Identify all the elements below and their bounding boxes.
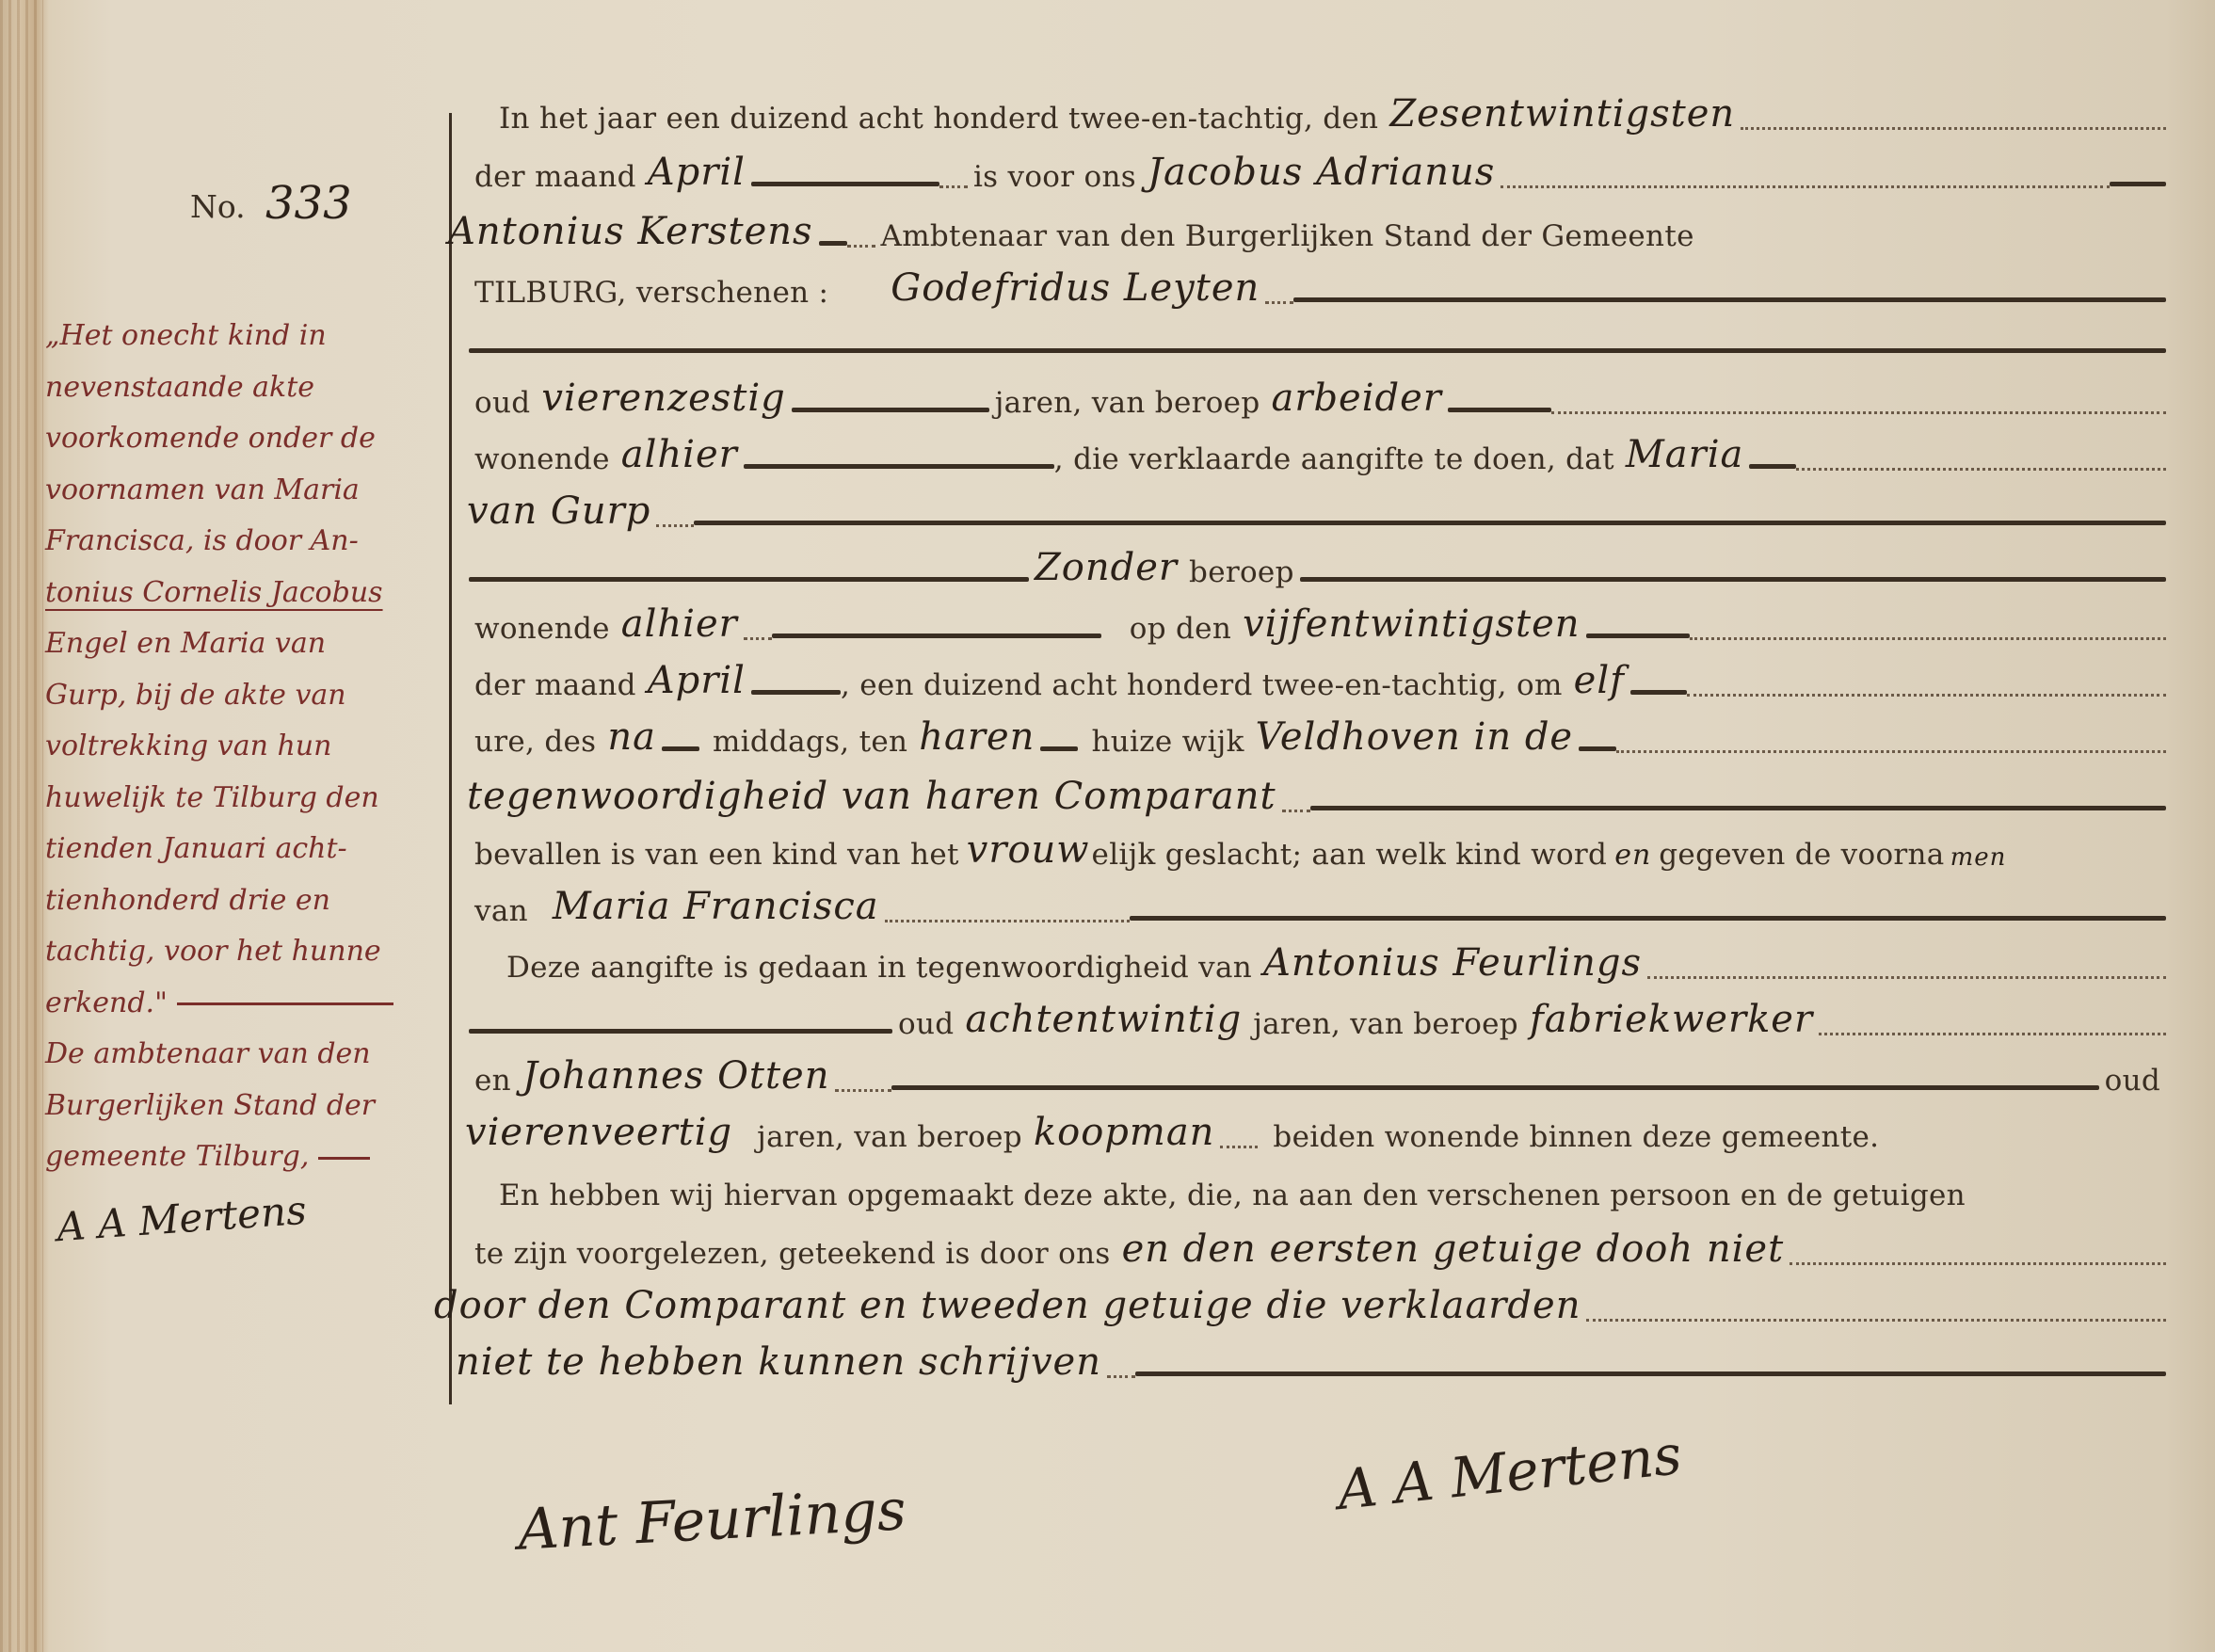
fill-line [1220,1146,1258,1148]
margin-line: tonius Cornelis Jacobus [45,568,441,619]
margin-line: voorkomende onder de [45,413,441,465]
handwritten-house: haren [913,715,1040,759]
printed-text: der maand [469,160,642,194]
handwritten-mother-occupation: Zonder [1029,546,1183,589]
printed-text: oud [469,386,536,420]
printed-text: huize wijk [1078,725,1249,759]
filler-dash [1300,577,2166,582]
act-line-23: niet te hebben kunnen schrijven [450,1342,2166,1384]
printed-text: beiden wonende binnen deze gemeente. [1258,1120,1885,1154]
act-line-14: bevallen is van een kind van het vrouw e… [469,830,2166,872]
fill-line [847,245,875,248]
margin-line: tienden Januari acht- [45,824,441,875]
margin-line-text: gemeente Tilburg, [45,1140,309,1173]
handwritten-suffix: en [1613,839,1653,872]
handwritten-noon: na [602,715,662,759]
filler-dash [1579,746,1616,751]
act-line-11: der maand April , een duizend acht honde… [469,661,2166,702]
filler-dash [772,634,1101,638]
filler-dash [469,1029,892,1034]
act-line-4: TILBURG, verschenen : Godefridus Leyten [469,268,2166,310]
filler-dash [1293,297,2166,302]
printed-text: der maand [469,668,642,702]
fill-line [1819,1033,2166,1035]
handwritten-sex: vrouw [965,828,1092,872]
act-line-7: wonende alhier , die verklaarde aangifte… [469,435,2166,476]
printed-text: Deze aangifte is gedaan in tegenwoordigh… [469,951,1258,985]
act-line-2: der maand April is voor ons Jacobus Adri… [469,152,2166,194]
filler-dash [662,746,699,751]
filler-dash [469,577,1029,582]
act-line-1: In het jaar een duizend acht honderd twe… [469,94,2166,136]
act-line-6: oud vierenzestig jaren, van beroep arbei… [469,378,2166,420]
printed-text: , een duizend acht honderd twee-en-tacht… [841,668,1568,702]
margin-line: gemeente Tilburg, [45,1131,441,1183]
fill-line [939,185,968,188]
handwritten-age: vierenzestig [536,377,791,420]
fill-line [1796,468,2166,471]
filler-dash [1310,806,2166,810]
record-number: 333 [265,177,352,230]
book-binding [0,0,43,1652]
filler-dash [751,182,939,186]
filler-dash [2110,182,2166,186]
filler-dash [1040,746,1078,751]
handwritten-month: April [642,151,751,194]
act-line-21: te zijn voorgelezen, geteekend is door o… [469,1229,2166,1271]
filler-dash [469,348,2166,353]
printed-text: elijk geslacht; aan welk kind word [1092,838,1613,872]
printed-text: Ambtenaar van den Burgerlijken Stand der… [875,219,1700,253]
handwritten-official-name: Jacobus Adrianus [1142,151,1501,194]
printed-text: oud [892,1007,959,1041]
handwritten-text: niet te hebben kunnen schrijven [450,1340,1107,1384]
margin-rule [177,1002,393,1005]
act-line-19: vierenveertig jaren, van beroep koopman … [459,1113,2166,1154]
act-line-16: Deze aangifte is gedaan in tegenwoordigh… [469,943,2166,985]
margin-line: tachtig, voor het hunne [45,926,441,978]
handwritten-text: en den eersten getuige dooh niet [1116,1227,1790,1271]
fill-line [1616,750,2166,753]
act-line-22: door den Comparant en tweeden getuige di… [428,1286,2166,1327]
margin-rule [318,1157,370,1160]
printed-text: In het jaar een duizend acht honderd twe… [469,102,1384,136]
margin-line-text: erkend." [45,986,168,1019]
filler-dash [1586,634,1690,638]
margin-line: Francisca, is door An- [45,516,441,568]
margin-line: De ambtenaar van den [45,1029,441,1081]
handwritten-declarant: Godefridus Leyten [834,266,1265,310]
filler-dash [1135,1371,2166,1376]
handwritten-suffix: men [1950,843,2007,872]
margin-signature: A A Mertens [56,1187,308,1250]
printed-text: jaren, van beroep [1247,1007,1524,1041]
fill-line [1551,411,2166,414]
fill-line [1690,637,2167,640]
printed-text: jaren, van beroep [989,386,1266,420]
handwritten-residence: alhier [616,433,744,476]
act-line-9: Zonder beroep [469,548,2166,589]
margin-line: voornamen van Maria [45,465,441,517]
fill-line [1265,301,1293,304]
handwritten-mother-surname: van Gurp [461,489,656,533]
handwritten-witness-2-age: vierenveertig [459,1111,738,1154]
handwritten-text: door den Comparant en tweeden getuige di… [428,1284,1586,1327]
printed-text: jaren, van beroep [738,1120,1028,1154]
fill-line [1282,810,1310,812]
register-page: No. 333 „Het onecht kind in nevenstaande… [0,0,2215,1652]
handwritten-birth-hour: elf [1568,659,1630,702]
act-line-20: En hebben wij hiervan opgemaakt deze akt… [469,1171,2166,1212]
printed-text: TILBURG, verschenen : [469,276,834,310]
margin-line: „Het onecht kind in [45,311,441,362]
handwritten-residence: alhier [616,602,744,646]
official-signature: A A Mertens [1334,1422,1684,1522]
handwritten-text: tegenwoordigheid van haren Comparant [461,775,1282,818]
printed-text: wonende [469,442,616,476]
fill-line [1586,1319,2166,1322]
handwritten-witness-1: Antonius Feurlings [1258,941,1647,985]
handwritten-witness-2: Johannes Otten [517,1054,836,1098]
record-number-label: No. [190,188,246,225]
filler-dash [694,521,2166,525]
fill-line [1687,694,2166,697]
handwritten-mother-name: Maria [1620,433,1750,476]
margin-line: erkend." [45,978,441,1030]
handwritten-day: Zesentwintigsten [1384,92,1741,136]
handwritten-district: Veldhoven in de [1250,715,1579,759]
printed-text: te zijn voorgelezen, geteekend is door o… [469,1237,1116,1271]
fill-line [1107,1375,1135,1378]
handwritten-official-name: Antonius Kerstens [442,210,819,253]
printed-text: oud [2099,1064,2166,1098]
printed-text: middags, ten [699,725,913,759]
handwritten-birth-month: April [642,659,751,702]
margin-annotation: „Het onecht kind in nevenstaande akte vo… [45,311,441,1183]
fill-line [1647,976,2166,979]
margin-line: Engel en Maria van [45,618,441,670]
fill-line [885,920,1130,922]
printed-text: wonende [469,612,616,646]
fill-line [1741,127,2166,130]
fill-line [1501,185,2110,188]
printed-text: op den [1101,612,1237,646]
margin-line: huwelijk te Tilburg den [45,773,441,825]
margin-line: Burgerlijken Stand der [45,1081,441,1132]
act-line-5 [469,315,2166,357]
act-line-18: en Johannes Otten oud [469,1056,2166,1098]
handwritten-birth-day: vijfentwintigsten [1237,602,1585,646]
act-line-17: oud achtentwintig jaren, van beroep fabr… [469,1000,2166,1041]
fill-line [656,524,694,527]
filler-dash [751,690,841,695]
act-line-3: Antonius Kerstens Ambtenaar van den Burg… [442,212,2166,253]
printed-text: En hebben wij hiervan opgemaakt deze akt… [469,1179,1971,1212]
printed-text: en [469,1064,517,1098]
fill-line [835,1089,891,1092]
fill-line [744,637,772,640]
filler-dash [1749,464,1796,469]
act-line-13: tegenwoordigheid van haren Comparant [461,777,2166,818]
handwritten-witness-1-occupation: fabriekwerker [1524,998,1819,1041]
margin-line: voltrekking van hun [45,721,441,773]
fill-line [1790,1262,2166,1265]
filler-dash [891,1085,2098,1090]
filler-dash [792,408,989,412]
act-line-15: van Maria Francisca [469,887,2166,928]
handwritten-child-name: Maria Francisca [534,885,885,928]
printed-text: bevallen is van een kind van het [469,838,965,872]
witness-signature: Ant Feurlings [516,1477,907,1563]
printed-text: gegeven de voorna [1653,838,1950,872]
printed-text: is voor ons [968,160,1142,194]
filler-dash [1630,690,1687,695]
handwritten-witness-2-occupation: koopman [1028,1111,1221,1154]
handwritten-witness-1-age: achtentwintig [959,998,1247,1041]
filler-dash [1130,916,2166,921]
filler-dash [819,241,847,246]
margin-line: Gurp, bij de akte van [45,670,441,722]
margin-line: nevenstaande akte [45,362,441,414]
handwritten-occupation: arbeider [1265,377,1447,420]
printed-text: van [469,894,534,928]
printed-text: ure, des [469,725,602,759]
act-line-10: wonende alhier op den vijfentwintigsten [469,604,2166,646]
act-line-12: ure, des na middags, ten haren huize wij… [469,717,2166,759]
filler-dash [1448,408,1551,412]
act-line-8: van Gurp [461,491,2166,533]
margin-divider [449,113,452,1404]
margin-line: tienhonderd drie en [45,875,441,927]
printed-text: beroep [1183,555,1300,589]
printed-text: , die verklaarde aangifte te doen, dat [1054,442,1620,476]
filler-dash [744,464,1054,469]
